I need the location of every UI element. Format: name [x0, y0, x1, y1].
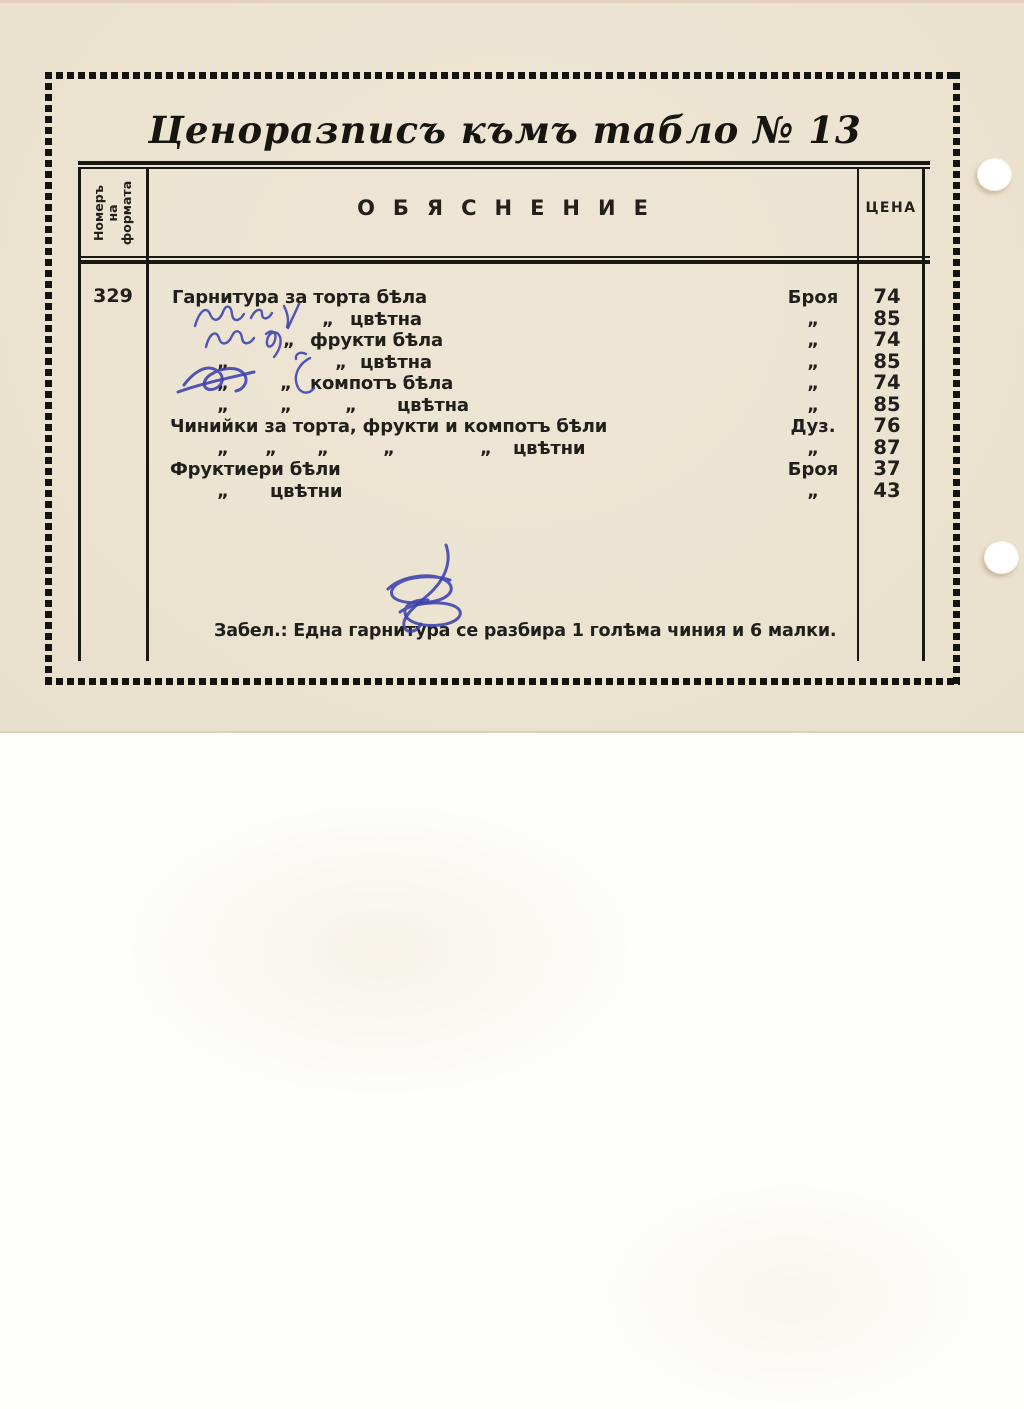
paper-smudge	[120, 800, 640, 1100]
ditto-mark: „	[480, 438, 492, 459]
description-text: Гарнитура за торта бѣла	[172, 287, 427, 308]
ditto-mark: „	[217, 438, 229, 459]
table-row: „цвѣтни„43	[0, 481, 1024, 503]
price-value: 43	[861, 479, 913, 502]
description-text: цвѣтни	[270, 481, 342, 502]
description-text: цвѣтна	[360, 352, 432, 373]
price-value: 85	[861, 350, 913, 373]
price-value: 85	[861, 393, 913, 416]
paper-scan-area: Ценоразписъ къмъ табло № 13 Номеръ на фо…	[0, 0, 1024, 733]
description-text: компотъ бѣла	[310, 373, 453, 394]
price-value: 74	[861, 371, 913, 394]
unit-ditto-mark: „	[781, 309, 845, 330]
ditto-mark: „	[335, 352, 347, 373]
unit-ditto-mark: „	[781, 438, 845, 459]
footnote: Забел.: Една гарнитура се разбира 1 голѣ…	[214, 621, 836, 641]
paper-smudge	[600, 1180, 980, 1409]
ditto-mark: „	[345, 395, 357, 416]
description-text: Чинийки за торта, фрукти и компотъ бѣли	[170, 416, 607, 437]
description-text: цвѣтна	[397, 395, 469, 416]
unit-ditto-mark: „	[781, 395, 845, 416]
ditto-mark: „	[280, 395, 292, 416]
ditto-mark: „	[217, 373, 229, 394]
ditto-mark: „	[217, 395, 229, 416]
ditto-mark: „	[317, 438, 329, 459]
ditto-mark: „	[280, 373, 292, 394]
unit-label: Броя	[781, 459, 845, 480]
ditto-mark: „	[283, 330, 295, 351]
unit-ditto-mark: „	[781, 352, 845, 373]
ditto-mark: „	[217, 352, 229, 373]
price-value: 76	[861, 414, 913, 437]
description-text: цвѣтна	[350, 309, 422, 330]
unit-ditto-mark: „	[781, 373, 845, 394]
punch-hole	[977, 158, 1012, 191]
scanned-price-list-page: Ценоразписъ къмъ табло № 13 Номеръ на фо…	[0, 0, 1024, 1409]
ditto-mark: „	[383, 438, 395, 459]
ditto-mark: „	[265, 438, 277, 459]
unit-ditto-mark: „	[781, 330, 845, 351]
price-value: 74	[861, 328, 913, 351]
description-text: фрукти бѣла	[310, 330, 443, 351]
unit-label: Дуз.	[781, 416, 845, 437]
price-value: 74	[861, 285, 913, 308]
price-value: 87	[861, 436, 913, 459]
price-value: 37	[861, 457, 913, 480]
ditto-mark: „	[322, 309, 334, 330]
unit-ditto-mark: „	[781, 481, 845, 502]
ditto-mark: „	[217, 481, 229, 502]
unit-label: Броя	[781, 287, 845, 308]
format-number: 329	[88, 285, 138, 307]
punch-hole	[984, 541, 1019, 574]
description-text: цвѣтни	[513, 438, 585, 459]
price-value: 85	[861, 307, 913, 330]
description-text: Фруктиери бѣли	[170, 459, 341, 480]
